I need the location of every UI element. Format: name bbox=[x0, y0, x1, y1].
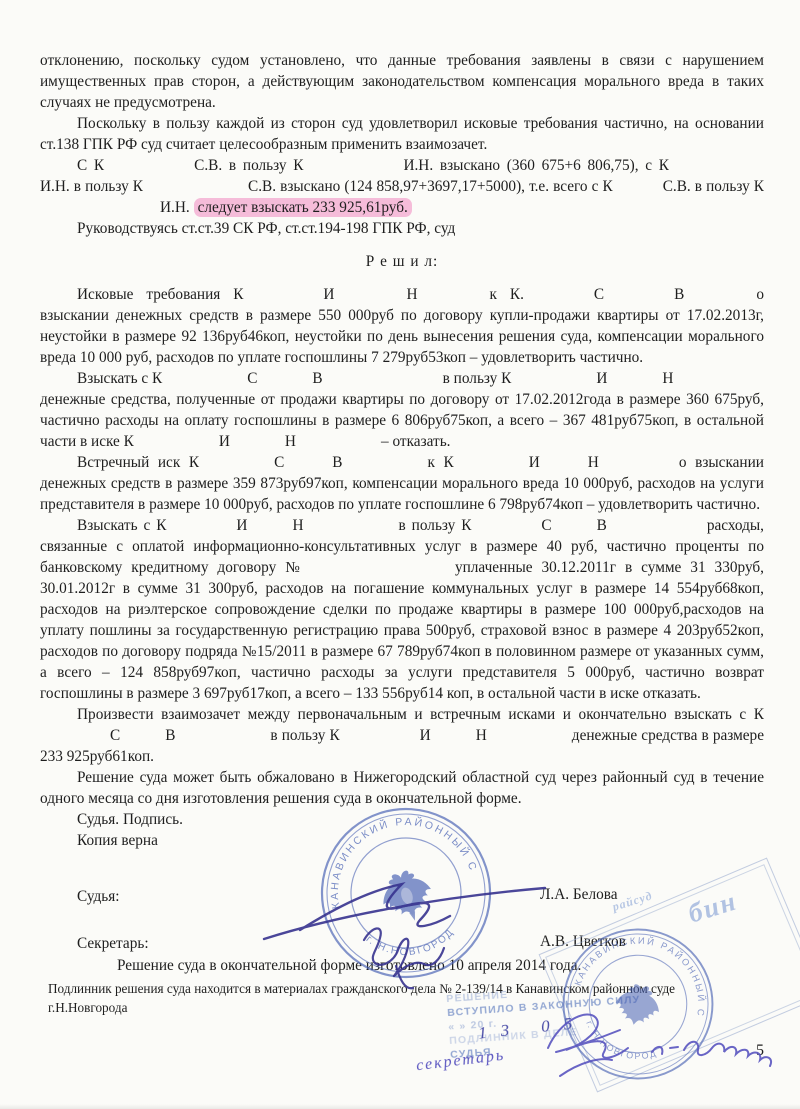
redaction-gap bbox=[342, 466, 427, 467]
text-run: С.В. взыскано (124 858,97+3697,17+5000),… bbox=[248, 178, 613, 195]
paragraph: Решение суда может быть обжаловано в Ниж… bbox=[40, 767, 764, 809]
text-run: Н bbox=[588, 454, 599, 471]
highlighted-text: следует взыскать 233 925,61руб. bbox=[194, 198, 412, 217]
judge-signature bbox=[264, 884, 545, 939]
redaction-gap bbox=[175, 739, 270, 740]
paragraph: Встречный иск КСВк КИНо взыскании денежн… bbox=[40, 452, 764, 515]
text-run: Взыскать с К bbox=[77, 517, 166, 534]
text-run: к К. bbox=[490, 286, 524, 303]
redaction-gap bbox=[304, 529, 399, 530]
paragraph: Судья. Подпись. bbox=[40, 809, 764, 830]
redaction-gap bbox=[134, 445, 219, 446]
redaction-gap bbox=[454, 466, 529, 467]
text-run: В bbox=[597, 517, 607, 534]
text-run: И.Н. взыскано (360 675+6 806,75), с К bbox=[403, 157, 669, 174]
redaction-gap bbox=[199, 466, 274, 467]
text-run: С bbox=[274, 454, 284, 471]
paragraph: Копия верна bbox=[40, 830, 764, 851]
redaction-gap bbox=[40, 739, 110, 740]
text-run: И bbox=[323, 286, 334, 303]
text-run: И bbox=[219, 433, 230, 450]
text-run: С.В. в пользу К bbox=[194, 157, 303, 174]
paragraph: С КС.В. в пользу КИ.Н. взыскано (360 675… bbox=[40, 155, 764, 218]
redaction-gap bbox=[669, 169, 764, 170]
redaction-gap bbox=[162, 382, 247, 383]
text-run: Р е ш и л: bbox=[366, 253, 438, 270]
text-run: в пользу К bbox=[270, 727, 339, 744]
text-run: Судья. Подпись. bbox=[77, 811, 183, 828]
page-number: 5 bbox=[756, 1042, 764, 1060]
secretary-label: Секретарь: bbox=[77, 933, 149, 954]
paragraph: Взыскать с КИНв пользу КСВрасходы, связа… bbox=[40, 515, 764, 704]
text-run: И bbox=[596, 370, 607, 387]
text-run: Руководствуясь ст.ст.39 СК РФ, ст.ст.194… bbox=[77, 220, 455, 237]
text-run: Н bbox=[406, 286, 417, 303]
text-run: С bbox=[541, 517, 551, 534]
text-run: С.В. в пользу К bbox=[663, 178, 764, 195]
text-run: И bbox=[420, 727, 431, 744]
text-run: И.Н. bbox=[160, 199, 194, 216]
text-run: Н bbox=[662, 370, 673, 387]
redaction-gap bbox=[305, 571, 455, 572]
redaction-gap bbox=[552, 529, 597, 530]
judge-label: Судья: bbox=[77, 886, 120, 907]
text-run: С bbox=[594, 286, 604, 303]
paragraph: Поскольку в пользу каждой из сторон суд … bbox=[40, 113, 764, 155]
paragraph: Взыскать с КСВв пользу КИНденежные средс… bbox=[40, 368, 764, 452]
text-run: Исковые требования К bbox=[77, 286, 243, 303]
redaction-gap bbox=[243, 298, 323, 299]
text-run: Взыскать с К bbox=[77, 370, 162, 387]
redaction-gap bbox=[431, 739, 476, 740]
text-run: В bbox=[165, 727, 175, 744]
text-run: В bbox=[332, 454, 342, 471]
redaction-gap bbox=[323, 382, 443, 383]
redaction-gap bbox=[607, 529, 707, 530]
redaction-gap bbox=[340, 739, 420, 740]
text-run: Поскольку в пользу каждой из сторон суд … bbox=[40, 115, 764, 153]
section-heading: Р е ш и л: bbox=[40, 251, 764, 272]
redaction-gap bbox=[257, 382, 312, 383]
redaction-gap bbox=[613, 190, 663, 191]
text-run: С bbox=[110, 727, 120, 744]
redaction-gap bbox=[296, 445, 381, 446]
redaction-gap bbox=[418, 298, 490, 299]
text-run: Решение суда может быть обжаловано в Ниж… bbox=[40, 769, 764, 807]
text-run: Копия верна bbox=[77, 832, 158, 849]
redaction-gap bbox=[166, 529, 236, 530]
redaction-gap bbox=[230, 445, 285, 446]
text-run: В bbox=[674, 286, 684, 303]
text-run: Н bbox=[285, 433, 296, 450]
double-headed-eagle-icon bbox=[376, 865, 439, 928]
redaction-gap bbox=[471, 529, 541, 530]
redaction-gap bbox=[604, 298, 674, 299]
redaction-gap bbox=[607, 382, 662, 383]
redaction-gap bbox=[540, 466, 588, 467]
text-run: И.Н. в пользу К bbox=[40, 178, 143, 195]
text-run: в пользу К bbox=[399, 517, 472, 534]
redaction-gap bbox=[143, 190, 248, 191]
redaction-gap bbox=[524, 298, 594, 299]
redaction-gap bbox=[104, 169, 194, 170]
paragraph: Произвести взаимозачет между первоначаль… bbox=[40, 704, 764, 767]
redaction-gap bbox=[487, 739, 572, 740]
text-run: В bbox=[312, 370, 322, 387]
scanned-document-page: { "colors": { "highlight": "#f5bcd9", "s… bbox=[0, 0, 800, 1109]
text-run: к К bbox=[427, 454, 453, 471]
redaction-gap bbox=[511, 382, 596, 383]
redaction-gap bbox=[284, 466, 332, 467]
text-run: С bbox=[247, 370, 257, 387]
text-run: Н bbox=[476, 727, 487, 744]
text-run: Произвести взаимозачет между первоначаль… bbox=[77, 706, 764, 723]
text-run: – отказать. bbox=[381, 433, 451, 450]
text-run: И bbox=[529, 454, 540, 471]
document-text: отклонению, поскольку судом установлено,… bbox=[40, 50, 764, 851]
text-run: С К bbox=[77, 157, 104, 174]
text-run: И bbox=[236, 517, 247, 534]
text-run: Встречный иск К bbox=[77, 454, 199, 471]
redaction-gap bbox=[247, 529, 292, 530]
paragraph: Исковые требования КИНк К.СВо взыскании … bbox=[40, 284, 764, 368]
redaction-gap bbox=[40, 211, 160, 212]
final-decision-line: Решение суда в окончательной форме изгот… bbox=[117, 955, 581, 976]
text-run: отклонению, поскольку судом установлено,… bbox=[40, 52, 764, 111]
scan-edge-shadow bbox=[0, 1104, 800, 1109]
text-run: Н bbox=[292, 517, 303, 534]
redaction-gap bbox=[599, 466, 679, 467]
text-run: уплаченные 30.12.2011г в сумме 31 330руб… bbox=[40, 559, 764, 702]
redaction-gap bbox=[334, 298, 406, 299]
handwritten-secretary-word: секретарь bbox=[415, 1047, 506, 1076]
judge-name: Л.А. Белова bbox=[540, 884, 618, 905]
redaction-gap bbox=[120, 739, 165, 740]
paragraph: Руководствуясь ст.ст.39 СК РФ, ст.ст.194… bbox=[40, 218, 764, 239]
secretary-name: А.В. Цветков bbox=[540, 931, 626, 952]
paragraph: отклонению, поскольку судом установлено,… bbox=[40, 50, 764, 113]
footnote-line-2: г.Н.Новгорода bbox=[48, 997, 127, 1018]
redaction-gap bbox=[303, 169, 403, 170]
redaction-gap bbox=[684, 298, 756, 299]
ghost-stamp-text: бин bbox=[685, 885, 741, 929]
text-run: денежные средства в размере 233 925руб61… bbox=[40, 727, 764, 765]
text-run: в пользу К bbox=[443, 370, 512, 387]
